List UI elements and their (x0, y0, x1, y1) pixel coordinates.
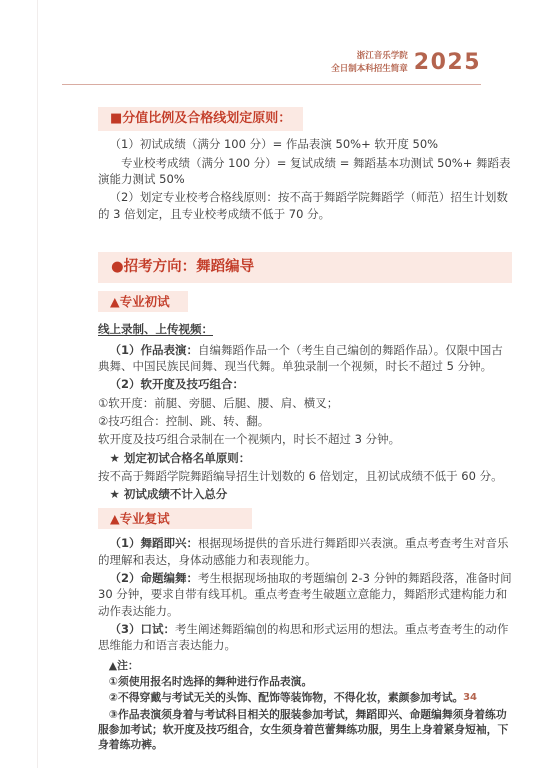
header-school-name: 浙江音乐学院 (331, 50, 408, 63)
notes-heading: ▲注： (98, 658, 512, 673)
content-column: ■分值比例及合格线划定原则： （1）初试成绩（满分 100 分）= 作品表演 5… (98, 107, 512, 754)
preliminary-sub-3: 软开度及技巧组合录制在一个视频内，时长不超过 3 分钟。 (98, 431, 512, 447)
preliminary-item-2: （2）软开度及技巧组合： (98, 376, 512, 392)
retest-item-3: （3）口试：考生阐述舞蹈编创的构思和形式运用的想法。重点考查考生的动作思维能力和… (98, 621, 512, 654)
preliminary-item-2-label: （2）软开度及技巧组合： (110, 377, 245, 391)
header-divider-line (62, 84, 481, 85)
header-title-lines: 浙江音乐学院 全日制本科招生简章 (331, 50, 408, 76)
header-brochure-name: 全日制本科招生简章 (331, 63, 408, 76)
retest-item-2-label: （2）命题编舞： (110, 571, 199, 585)
preliminary-score-note: ★ 初试成绩不计入总分 (98, 486, 512, 502)
retest-item-1-label: （1）舞蹈即兴： (110, 536, 199, 550)
document-page: 浙江音乐学院 全日制本科招生简章 2025 ■分值比例及合格线划定原则： （1）… (0, 0, 543, 768)
page-edge-line (37, 0, 38, 768)
notes-block: ▲注： ①须使用报名时选择的舞种进行作品表演。 ②不得穿戴与考试无关的头饰、配饰… (98, 658, 512, 753)
note-item-2: ②不得穿戴与考试无关的头饰、配饰等装饰物，不得化妆，素颜参加考试。 (98, 690, 512, 705)
preliminary-sub-1: ①软开度：前腿、旁腿、后腿、腰、肩、横叉； (98, 395, 512, 411)
score-ratio-heading: ■分值比例及合格线划定原则： (98, 107, 303, 131)
score-paragraph-2: 专业校考成绩（满分 100 分）= 复试成绩 = 舞蹈基本功测试 50%+ 舞蹈… (98, 155, 512, 188)
preliminary-item-1: （1）作品表演：自编舞蹈作品一个（考生自己编创的舞蹈作品）。仅限中国古典舞、中国… (98, 342, 512, 375)
preliminary-item-1-label: （1）作品表演： (110, 343, 199, 357)
retest-item-1: （1）舞蹈即兴：根据现场提供的音乐进行舞蹈即兴表演。重点考查考生对音乐的理解和表… (98, 535, 512, 568)
header-year: 2025 (414, 50, 481, 75)
retest-exam-heading: ▲专业复试 (98, 508, 252, 530)
page-number: 34 (463, 692, 477, 703)
direction-heading: ●招考方向：舞蹈编导 (98, 252, 512, 283)
preliminary-sub-2: ②技巧组合：控制、跳、转、翻。 (98, 413, 512, 429)
online-recording-label: 线上录制、上传视频： (98, 321, 512, 337)
score-paragraph-3: （2）划定专业校考合格线原则：按不高于舞蹈学院舞蹈学（师范）招生计划数的 3 倍… (98, 189, 512, 222)
retest-item-2: （2）命题编舞：考生根据现场抽取的考题编创 2-3 分钟的舞蹈段落，准备时间 3… (98, 570, 512, 619)
score-paragraph-1: （1）初试成绩（满分 100 分）= 作品表演 50%+ 软开度 50% (98, 136, 512, 152)
retest-item-3-label: （3）口试： (110, 622, 176, 636)
note-item-3: ③作品表演须身着与考试科目相关的服装参加考试，舞蹈即兴、命题编舞须身着练功服参加… (98, 707, 512, 753)
preliminary-exam-heading: ▲专业初试 (98, 291, 188, 313)
page-header: 浙江音乐学院 全日制本科招生简章 2025 (331, 50, 481, 76)
preliminary-pass-rule-text: 按不高于舞蹈学院舞蹈编导招生计划数的 6 倍划定，且初试成绩不低于 60 分。 (98, 468, 512, 484)
note-item-1: ①须使用报名时选择的舞种进行作品表演。 (98, 674, 512, 689)
preliminary-pass-rule-heading: ★ 划定初试合格名单原则： (98, 450, 512, 466)
